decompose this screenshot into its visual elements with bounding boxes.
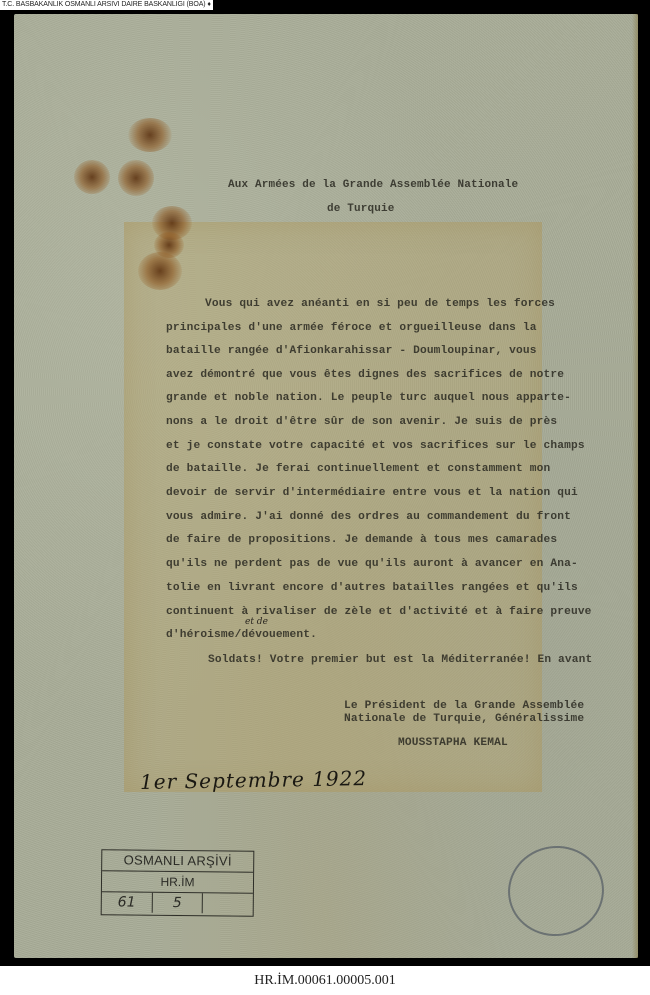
body-line: grande et noble nation. Le peuple turc a…	[166, 392, 571, 404]
body-line: bataille rangée d'Afionkarahissar - Doum…	[166, 345, 537, 357]
body-line: d'héroisme/dévouement.	[166, 629, 317, 641]
document-reference-footer: HR.İM.00061.00005.001	[0, 966, 650, 995]
stamp-cell-file: 61	[102, 892, 153, 913]
body-line: de bataille. Je ferai continuellement et…	[166, 463, 550, 475]
document-reference: HR.İM.00061.00005.001	[254, 973, 396, 988]
closing-line: Soldats! Votre premier but est la Médite…	[208, 654, 592, 666]
signatory-name: MOUSSTAPHA KEMAL	[398, 737, 508, 749]
body-line: tolie en livrant encore d'autres bataill…	[166, 582, 578, 594]
signature-title-line-2: Nationale de Turquie, Généralissime	[344, 713, 584, 725]
archive-reference-stamp: OSMANLI ARŞİVİ HR.İM 61 5	[101, 849, 255, 917]
seal-text	[544, 852, 565, 904]
handwritten-date: 1er Septembre 1922	[140, 766, 368, 794]
signature-title-line-1: Le Président de la Grande Assemblée	[344, 700, 584, 712]
archive-watermark-header: T.C. BASBAKANLIK OSMANLI ARSIVI DAIRE BA…	[0, 0, 213, 10]
body-line: principales d'une armée féroce et orguei…	[166, 322, 537, 334]
body-line: devoir de servir d'intermédiaire entre v…	[166, 487, 578, 499]
handwritten-insertion: et de	[245, 617, 268, 627]
body-line: continuent à rivaliser de zèle et d'acti…	[166, 606, 592, 618]
body-line: avez démontré que vous êtes dignes des s…	[166, 369, 564, 381]
stamp-cells: 61 5	[102, 892, 253, 914]
letter-title-line-2: de Turquie	[327, 203, 395, 215]
body-line: qu'ils ne perdent pas de vue qu'ils auro…	[166, 558, 578, 570]
body-line: et je constate votre capacité et vos sac…	[166, 440, 585, 452]
letter-title-line-1: Aux Armées de la Grande Assemblée Nation…	[228, 179, 518, 191]
body-line: de faire de propositions. Je demande à t…	[166, 534, 557, 546]
stamp-archive-name: OSMANLI ARŞİVİ	[102, 850, 253, 873]
body-line: Vous qui avez anéanti en si peu de temps…	[205, 298, 555, 310]
stamp-collection-code: HR.İM	[102, 871, 253, 894]
stamp-cell-empty	[203, 893, 253, 914]
body-line: nons a le droit d'être sûr de son avenir…	[166, 416, 557, 428]
stamp-cell-document: 5	[152, 893, 203, 914]
body-line: vous admire. J'ai donné des ordres au co…	[166, 511, 571, 523]
